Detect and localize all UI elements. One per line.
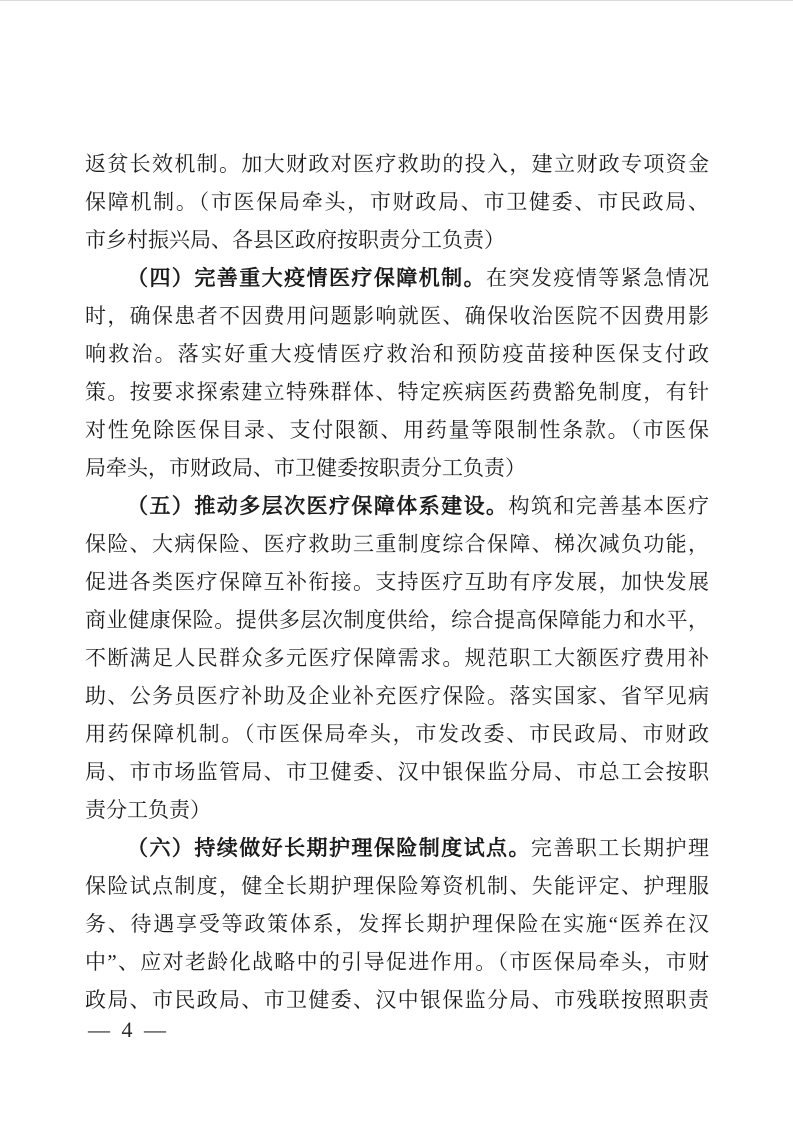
- text-line: （六）持续做好长期护理保险制度试点。完善职工长期护理: [85, 829, 709, 867]
- text-line: 务、待遇享受等政策体系，发挥长期护理保险在实施“医养在汉: [85, 905, 709, 943]
- text-segment: 返贫长效机制。加大财政对医疗救助的投入，建立财政专项资金: [85, 152, 709, 176]
- text-line: 保障机制。（市医保局牵头，市财政局、市卫健委、市民政局、: [85, 183, 709, 221]
- text-line: 对性免除医保目录、支付限额、用药量等限制性条款。（市医保: [85, 411, 709, 449]
- text-segment: 保险试点制度，健全长期护理保险筹资机制、失能评定、护理服: [85, 874, 709, 898]
- text-segment: 助、公务员医疗补助及企业补充医疗保险。落实国家、省罕见病: [85, 684, 709, 708]
- text-line: 保险、大病保险、医疗救助三重制度综合保障、梯次减负功能，: [85, 525, 709, 563]
- item-heading-segment: （五）推动多层次医疗保障体系建设。: [127, 494, 508, 518]
- paragraph-item-4: （四）完善重大疫情医疗保障机制。在突发疫情等紧急情况时，确保患者不因费用问题影响…: [85, 259, 709, 487]
- text-line: 时，确保患者不因费用问题影响就医、确保收治医院不因费用影: [85, 297, 709, 335]
- text-segment: 局牵头，市财政局、市卫健委按职责分工负责）: [85, 456, 526, 480]
- text-line: 政局、市民政局、市卫健委、汉中银保监分局、市残联按照职责: [85, 981, 709, 1019]
- text-line: 局、市市场监管局、市卫健委、汉中银保监分局、市总工会按职: [85, 753, 709, 791]
- text-segment: 在突发疫情等紧急情况: [486, 266, 709, 290]
- text-segment: 商业健康保险。提供多层次制度供给，综合提高保障能力和水平，: [85, 608, 709, 632]
- paragraph-item-6: （六）持续做好长期护理保险制度试点。完善职工长期护理保险试点制度，健全长期护理保…: [85, 829, 709, 1019]
- text-segment: 责分工负责）: [85, 798, 211, 822]
- text-segment: 不断满足人民群众多元医疗保障需求。规范职工大额医疗费用补: [85, 646, 709, 670]
- text-line: 促进各类医疗保障互补衔接。支持医疗互助有序发展，加快发展: [85, 563, 709, 601]
- text-segment: 完善职工长期护理: [531, 836, 709, 860]
- text-segment: 对性免除医保目录、支付限额、用药量等限制性条款。（市医保: [85, 418, 709, 442]
- page-number: — 4 —: [88, 1015, 169, 1045]
- text-line: 局牵头，市财政局、市卫健委按职责分工负责）: [85, 449, 709, 487]
- text-line: 商业健康保险。提供多层次制度供给，综合提高保障能力和水平，: [85, 601, 709, 639]
- text-segment: 保障机制。（市医保局牵头，市财政局、市卫健委、市民政局、: [85, 190, 709, 214]
- text-line: 返贫长效机制。加大财政对医疗救助的投入，建立财政专项资金: [85, 145, 709, 183]
- text-line: 不断满足人民群众多元医疗保障需求。规范职工大额医疗费用补: [85, 639, 709, 677]
- text-line: 市乡村振兴局、各县区政府按职责分工负责）: [85, 221, 709, 259]
- text-segment: 时，确保患者不因费用问题影响就医、确保收治医院不因费用影: [85, 304, 709, 328]
- text-segment: 响救治。落实好重大疫情医疗救治和预防疫苗接种医保支付政: [85, 342, 709, 366]
- text-segment: 务、待遇享受等政策体系，发挥长期护理保险在实施“医养在汉: [85, 912, 709, 936]
- item-heading-segment: （四）完善重大疫情医疗保障机制。: [127, 266, 486, 290]
- text-segment: 策。按要求探索建立特殊群体、特定疾病医药费豁免制度，有针: [85, 380, 709, 404]
- text-line: 策。按要求探索建立特殊群体、特定疾病医药费豁免制度，有针: [85, 373, 709, 411]
- text-segment: 中”、应对老龄化战略中的引导促进作用。（市医保局牵头，市财: [85, 950, 709, 974]
- text-segment: 市乡村振兴局、各县区政府按职责分工负责）: [85, 228, 505, 252]
- text-line: 用药保障机制。（市医保局牵头，市发改委、市民政局、市财政: [85, 715, 709, 753]
- item-heading-segment: （六）持续做好长期护理保险制度试点。: [127, 836, 531, 860]
- text-segment: 构筑和完善基本医疗: [508, 494, 709, 518]
- document-content: 返贫长效机制。加大财政对医疗救助的投入，建立财政专项资金保障机制。（市医保局牵头…: [85, 145, 709, 1019]
- paragraph-continuation: 返贫长效机制。加大财政对医疗救助的投入，建立财政专项资金保障机制。（市医保局牵头…: [85, 145, 709, 259]
- text-segment: 局、市市场监管局、市卫健委、汉中银保监分局、市总工会按职: [85, 760, 709, 784]
- text-line: 保险试点制度，健全长期护理保险筹资机制、失能评定、护理服: [85, 867, 709, 905]
- text-line: （四）完善重大疫情医疗保障机制。在突发疫情等紧急情况: [85, 259, 709, 297]
- text-line: （五）推动多层次医疗保障体系建设。构筑和完善基本医疗: [85, 487, 709, 525]
- text-segment: 用药保障机制。（市医保局牵头，市发改委、市民政局、市财政: [85, 722, 709, 746]
- document-page: 返贫长效机制。加大财政对医疗救助的投入，建立财政专项资金保障机制。（市医保局牵头…: [0, 0, 793, 1122]
- text-segment: 保险、大病保险、医疗救助三重制度综合保障、梯次减负功能，: [85, 532, 709, 556]
- text-line: 责分工负责）: [85, 791, 709, 829]
- text-line: 中”、应对老龄化战略中的引导促进作用。（市医保局牵头，市财: [85, 943, 709, 981]
- text-line: 助、公务员医疗补助及企业补充医疗保险。落实国家、省罕见病: [85, 677, 709, 715]
- text-segment: 政局、市民政局、市卫健委、汉中银保监分局、市残联按照职责: [85, 988, 709, 1012]
- paragraph-item-5: （五）推动多层次医疗保障体系建设。构筑和完善基本医疗保险、大病保险、医疗救助三重…: [85, 487, 709, 829]
- text-segment: 促进各类医疗保障互补衔接。支持医疗互助有序发展，加快发展: [85, 570, 709, 594]
- text-line: 响救治。落实好重大疫情医疗救治和预防疫苗接种医保支付政: [85, 335, 709, 373]
